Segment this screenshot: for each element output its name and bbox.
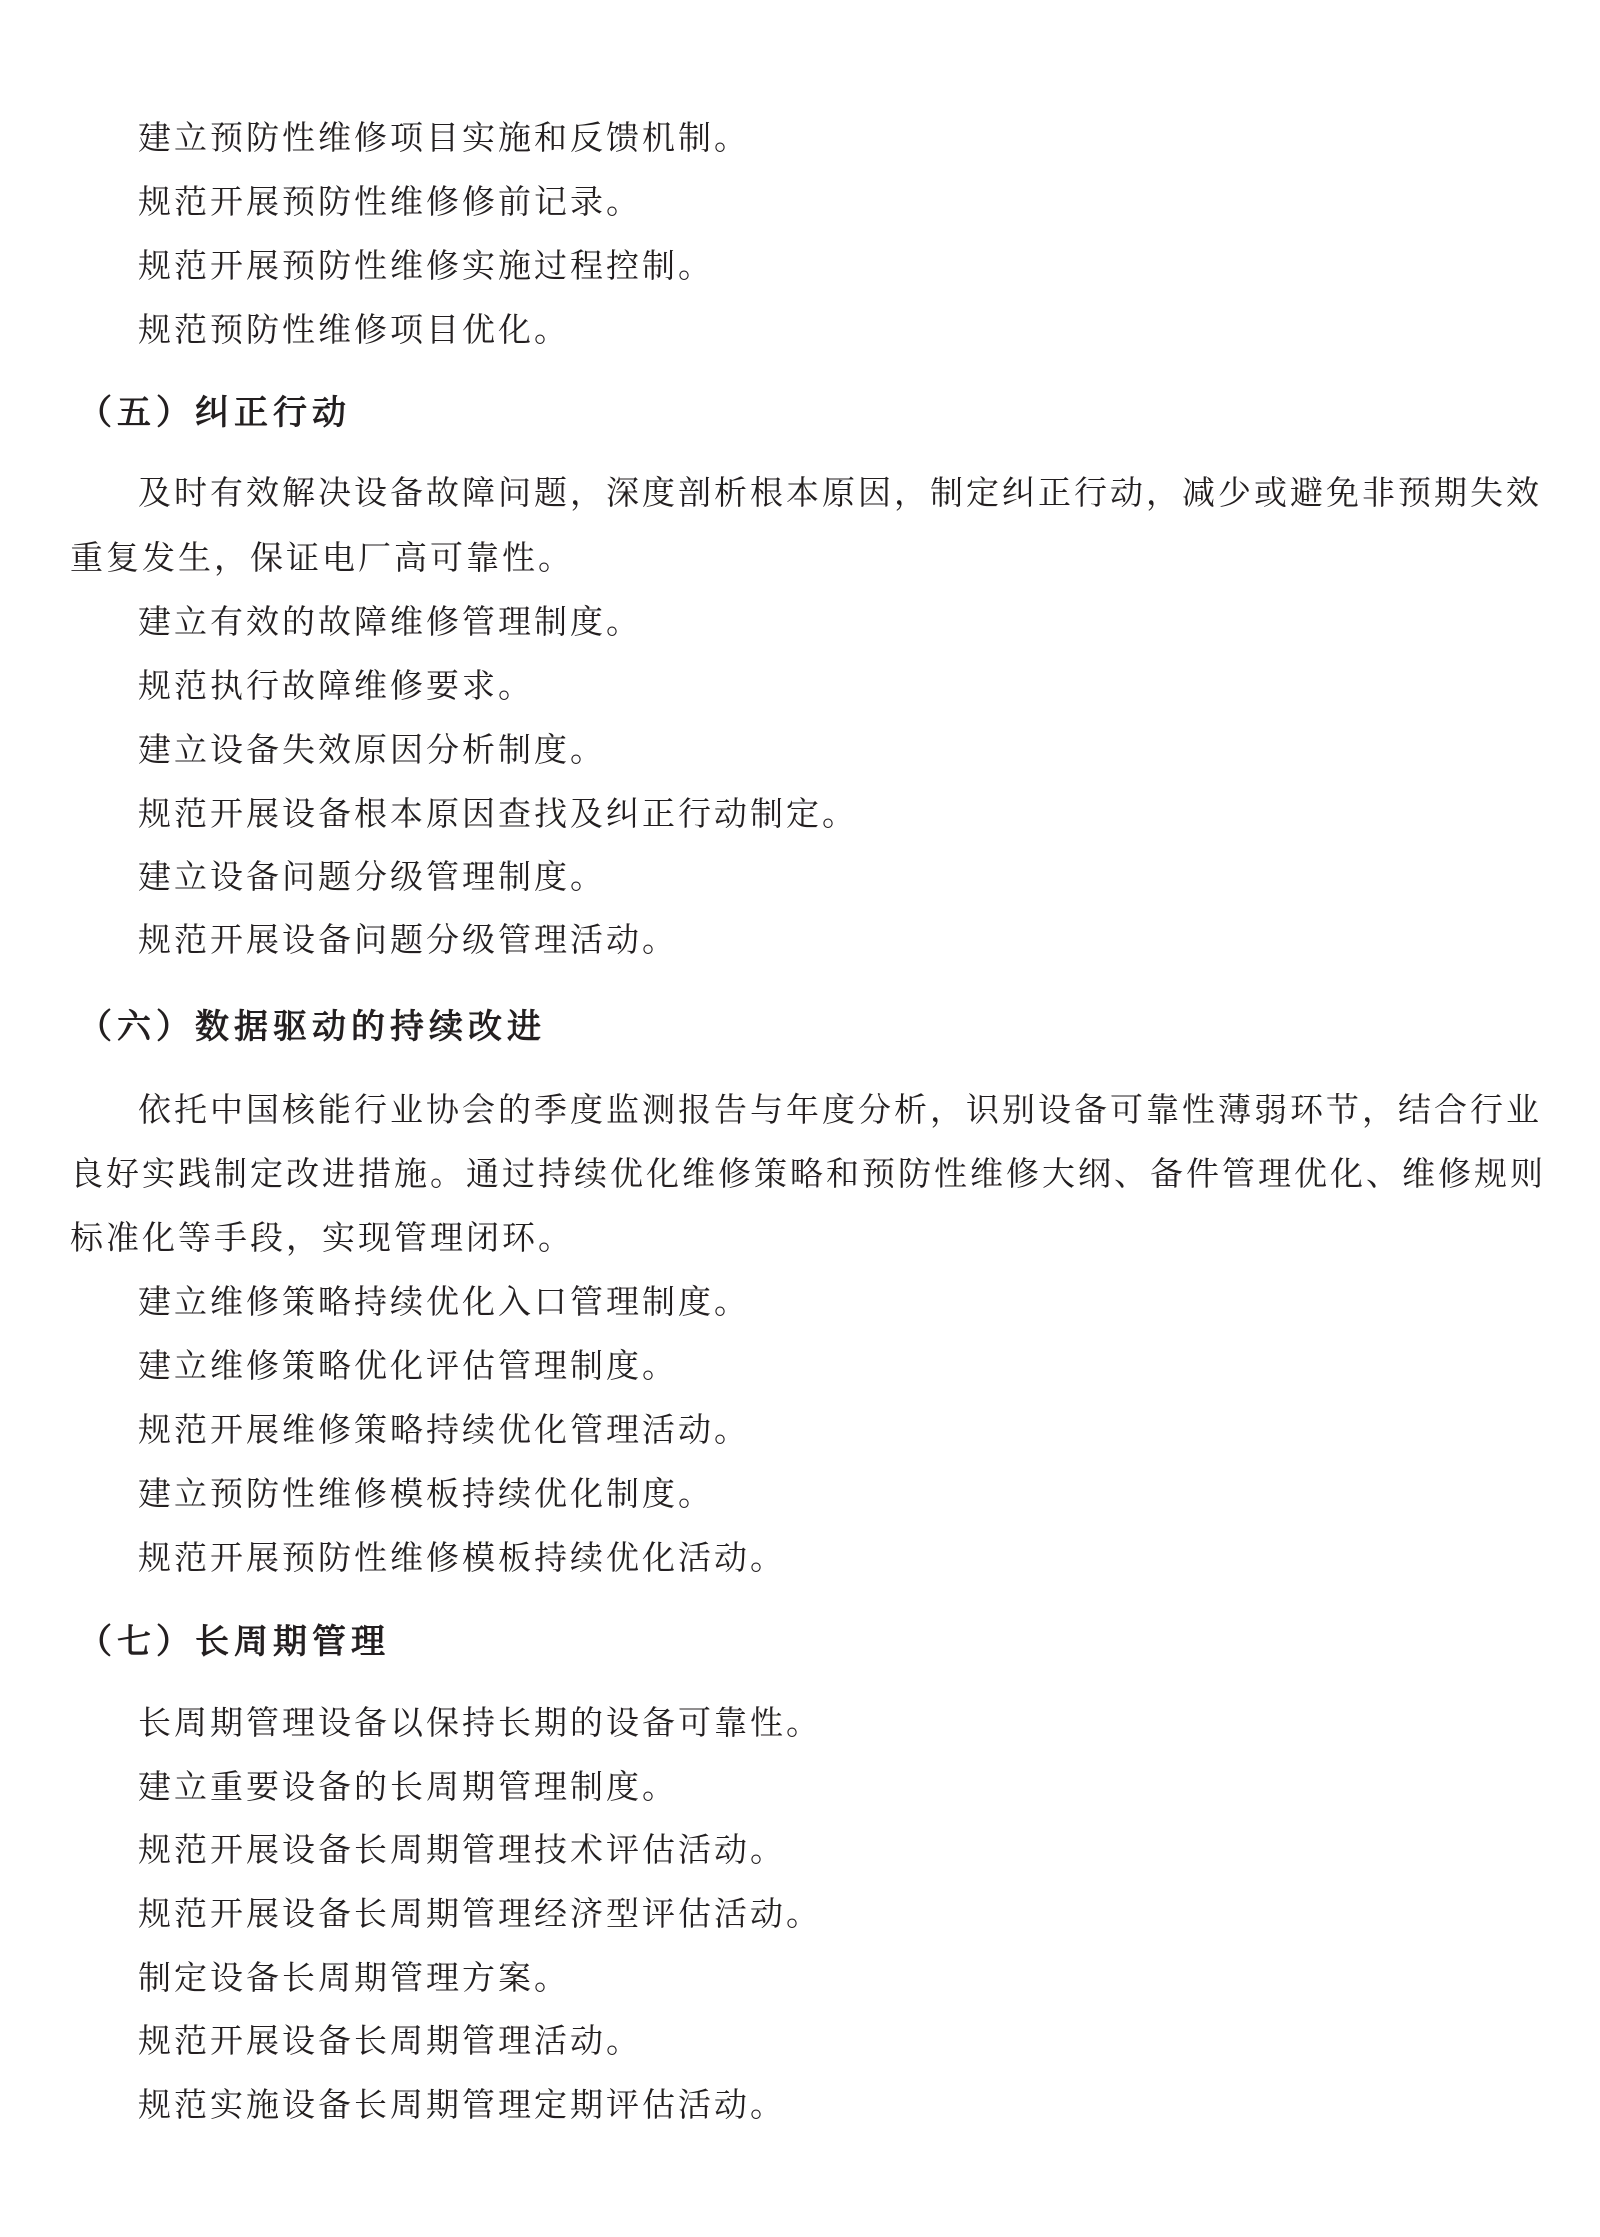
list-item: 建立预防性维修模板持续优化制度。 bbox=[138, 1474, 714, 1514]
section-heading-data-driven-improvement: （六）数据驱动的持续改进 bbox=[78, 1005, 546, 1049]
list-item: 建立有效的故障维修管理制度。 bbox=[138, 602, 642, 642]
document-page: 建立预防性维修项目实施和反馈机制。 规范开展预防性维修修前记录。 规范开展预防性… bbox=[0, 0, 1600, 2237]
paragraph-line: 标准化等手段，实现管理闭环。 bbox=[70, 1218, 1522, 1258]
list-item: 规范开展预防性维修模板持续优化活动。 bbox=[138, 1538, 786, 1578]
list-item: 规范开展设备长周期管理经济型评估活动。 bbox=[138, 1894, 822, 1934]
list-item: 建立预防性维修项目实施和反馈机制。 bbox=[138, 118, 750, 158]
paragraph-line: 依托中国核能行业协会的季度监测报告与年度分析，识别设备可靠性薄弱环节，结合行业 bbox=[138, 1090, 1522, 1130]
paragraph-line: 及时有效解决设备故障问题，深度剖析根本原因，制定纠正行动，减少或避免非预期失效 bbox=[138, 473, 1522, 513]
list-item: 建立设备失效原因分析制度。 bbox=[138, 730, 606, 770]
list-item: 规范开展设备长周期管理技术评估活动。 bbox=[138, 1830, 786, 1870]
list-item: 规范开展维修策略持续优化管理活动。 bbox=[138, 1410, 750, 1450]
paragraph-line: 良好实践制定改进措施。通过持续优化维修策略和预防性维修大纲、备件管理优化、维修规… bbox=[70, 1154, 1522, 1194]
list-item: 规范开展预防性维修修前记录。 bbox=[138, 182, 642, 222]
list-item: 制定设备长周期管理方案。 bbox=[138, 1958, 570, 1998]
paragraph-line: 重复发生，保证电厂高可靠性。 bbox=[70, 538, 1522, 578]
list-item: 长周期管理设备以保持长期的设备可靠性。 bbox=[138, 1703, 822, 1743]
section-heading-long-term-management: （七）长周期管理 bbox=[78, 1620, 390, 1664]
list-item: 规范开展设备根本原因查找及纠正行动制定。 bbox=[138, 794, 858, 834]
list-item: 规范开展预防性维修实施过程控制。 bbox=[138, 246, 714, 286]
list-item: 规范执行故障维修要求。 bbox=[138, 666, 534, 706]
list-item: 规范实施设备长周期管理定期评估活动。 bbox=[138, 2085, 786, 2125]
list-item: 规范开展设备长周期管理活动。 bbox=[138, 2021, 642, 2061]
list-item: 建立维修策略持续优化入口管理制度。 bbox=[138, 1282, 750, 1322]
list-item: 建立重要设备的长周期管理制度。 bbox=[138, 1767, 678, 1807]
list-item: 规范预防性维修项目优化。 bbox=[138, 310, 570, 350]
section-heading-corrective-action: （五）纠正行动 bbox=[78, 391, 351, 435]
list-item: 建立维修策略优化评估管理制度。 bbox=[138, 1346, 678, 1386]
list-item: 建立设备问题分级管理制度。 bbox=[138, 857, 606, 897]
list-item: 规范开展设备问题分级管理活动。 bbox=[138, 920, 678, 960]
